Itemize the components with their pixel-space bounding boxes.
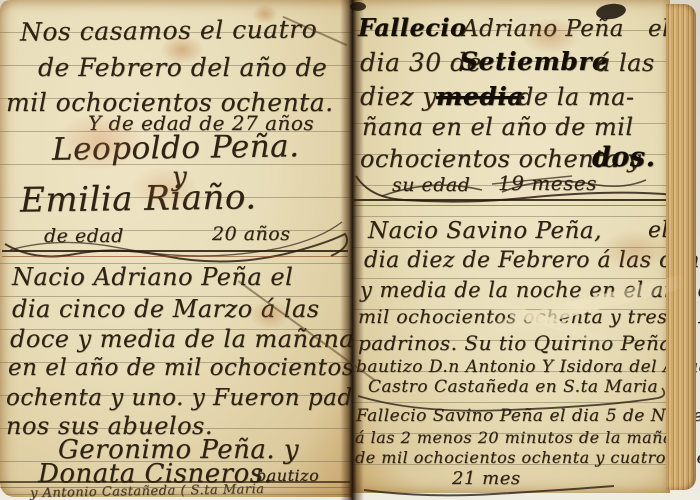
death-adriano-month: Setiembre	[460, 49, 608, 74]
birth-adriano-line-2: dia cinco de Marzo á las	[12, 297, 320, 321]
bottom-rule-left	[0, 481, 350, 488]
birth-adriano-line-5: ochenta y uno. y Fueron padri	[6, 387, 372, 410]
marriage-line-2: de Febrero del año de	[38, 55, 327, 80]
birth-adriano-line-1: Nacio Adriano Peña el	[12, 265, 293, 289]
bride-age-value: 20 años	[212, 225, 290, 244]
marriage-line-1: Nos casamos el cuatro	[20, 16, 317, 44]
death-savino-line3: de mil ochocientos ochenta y cuatro su e…	[355, 450, 700, 466]
death-adriano-line2c: á las	[596, 51, 655, 75]
bride-age-label: de edad	[44, 227, 124, 246]
death-adriano-age-value: 19 meses	[498, 173, 597, 193]
page-fore-edge	[666, 4, 696, 490]
divider-left-page	[2, 250, 348, 257]
birth-savino-line6: bautizo D.n Antonio Y Isidora del Agua	[356, 359, 700, 376]
bride-name: Emilia Riaño.	[20, 180, 257, 217]
death-adriano-struck-word: media	[436, 84, 524, 109]
groom-name: Leopoldo Peña.	[52, 131, 300, 165]
birth-savino-line4: mil ochocientos ochenta y tres, y Fueron	[358, 308, 700, 327]
death-adriano-age-label: su edad	[392, 176, 470, 195]
birth-adriano-line-3: doce y media de la mañana	[10, 327, 354, 351]
birth-savino-line5: padrinos. Su tio Quirino Peña.	[358, 333, 679, 353]
death-adriano-name: Adriano Peña	[462, 18, 624, 41]
death-savino-age: 21 mes	[452, 470, 521, 488]
death-adriano-line3a: diez y	[360, 84, 437, 109]
birth-savino-line2: dia diez de Febrero á las ocho	[364, 250, 700, 272]
right-page: Fallecio Adriano Peña el dia 30 de Setie…	[352, 0, 670, 493]
death-adriano-word-fallecio: Fallecio	[358, 16, 467, 40]
birth-savino-line1: Nacio Savino Peña,	[368, 220, 602, 243]
manuscript-photo: Nos casamos el cuatro de Febrero del año…	[0, 0, 700, 500]
birth-adriano-line-4: en el año de mil ochocientos	[8, 357, 354, 380]
death-adriano-line3c: de la ma-	[518, 85, 634, 109]
divider-right-page	[354, 199, 668, 206]
binding-gutter	[340, 0, 364, 500]
death-adriano-line5b: dos.	[592, 144, 656, 171]
left-page: Nos casamos el cuatro de Febrero del año…	[0, 0, 352, 497]
death-adriano-line4: ñana en el año de mil	[362, 115, 634, 139]
birth-savino-line3: y media de la noche en el año de	[360, 280, 700, 301]
death-savino-line2: á las 2 menos 20 minutos de la mañana el…	[355, 430, 700, 446]
birth-savino-line7: Castro Castañeda en S.ta Maria	[368, 379, 658, 396]
death-savino-line1: Fallecio Savino Peña el dia 5 de Noviemb…	[356, 408, 700, 425]
